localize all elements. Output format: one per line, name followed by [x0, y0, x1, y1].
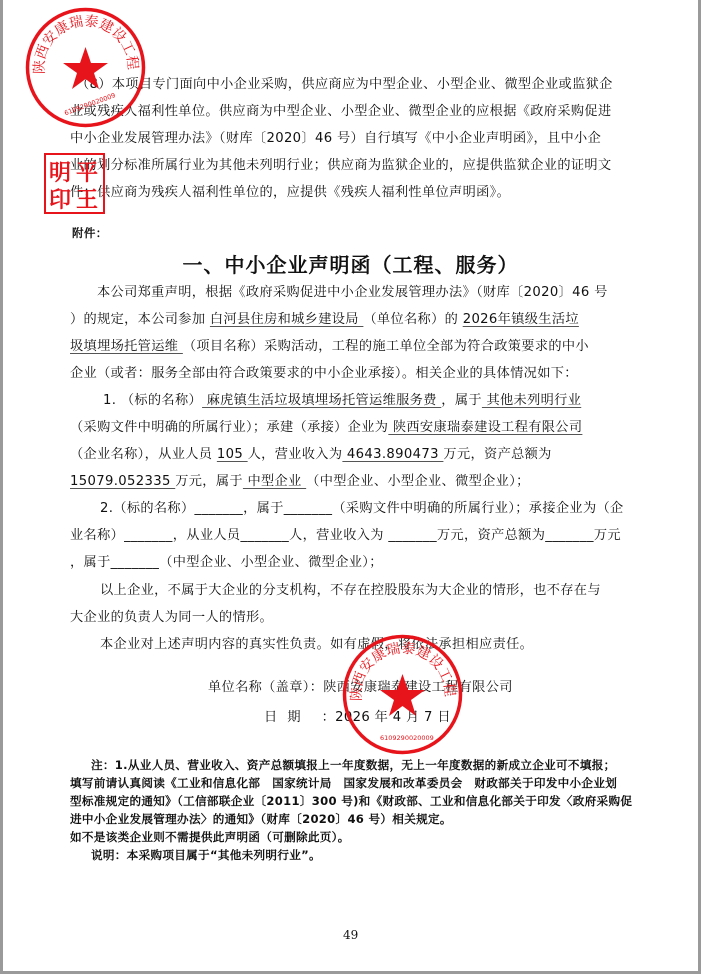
item1-line: （企业名称），从业人员 105 人，营业收入为 4643.890473 万元，资… [70, 447, 552, 463]
item2-line: ，属于_______（中型企业、小型企业、微型企业）； [70, 555, 383, 571]
unit-label: 单位名称（盖章）： [208, 680, 323, 695]
text: （项目名称）采购活动，工程的施工单位全部为符合政策要求的中小 [183, 339, 589, 354]
subject-name-field: 麻虎镇生活垃圾填埋场托管运维服务费 [202, 393, 441, 408]
text: 1. （标的名称） [103, 393, 202, 408]
signature-unit: 单位名称（盖章）：陕西安康瑞泰建设工程有限公司 [208, 680, 513, 696]
intro-line: 业的划分标准所属行业为其他未列明行业；供应商为监狱企业的，应提供监狱企业的证明文 [70, 158, 612, 174]
page-number: 49 [343, 928, 358, 942]
intro-line: 中小企业发展管理办法》（财库〔2020〕46 号）自行填写《中小企业声明函》，且… [70, 131, 601, 147]
note-line: 型标准规定的通知》（工信部联企业〔2011〕300 号)和《财政部、工业和信息化… [70, 793, 632, 809]
revenue-field: 4643.890473 [342, 447, 443, 462]
text: （单位名称）的 [363, 312, 462, 327]
item2-line: 2.（标的名称）_______，属于_______（采购文件中明确的所属行业）；… [100, 501, 624, 517]
intro-line: 业或残疾人福利性单位。供应商为中型企业、小型企业、微型企业的应根据《政府采购促进 [70, 104, 612, 120]
unit-name: 陕西安康瑞泰建设工程有限公司 [323, 680, 513, 695]
item1-line: （采购文件中明确的所属行业）；承建（承接）企业为 陕西安康瑞泰建设工程有限公司 [70, 420, 582, 436]
item1-line: 15079.052335 万元，属于 中型企业 （中型企业、小型企业、微型企业）… [70, 474, 530, 490]
assets-field: 15079.052335 [70, 474, 175, 489]
note-line: 填写前请认真阅读《工业和信息化部 国家统计局 国家发展和改革委员会 财政部关于印… [70, 775, 617, 791]
text: 万元，资产总额为 [443, 447, 551, 462]
svg-text:印: 印 [49, 187, 71, 213]
employees-field: 105 [217, 447, 248, 462]
text: （采购文件中明确的所属行业）；承建（承接）企业为 [70, 420, 388, 435]
industry-field: 其他未列明行业 [482, 393, 581, 408]
text: 万元，属于 [175, 474, 243, 489]
text: （企业名称），从业人员 [70, 447, 217, 462]
closing-line: 以上企业，不属于大企业的分支机构，不存在控股股东为大企业的情形，也不存在与 [100, 583, 601, 599]
note-line: 进中小企业发展管理办法〉的通知》（财库〔2020〕46 号）相关规定。 [70, 811, 452, 827]
svg-text:陕西安康瑞泰建设工程有限公司: 陕西安康瑞泰建设工程有限公司 [23, 5, 140, 74]
item1-line: 1. （标的名称） 麻虎镇生活垃圾填埋场托管运维服务费 ，属于 其他未列明行业 [103, 393, 581, 409]
item2-line: 业名称）_______，从业人员_______人，营业收入为 _______万元… [70, 528, 621, 544]
project-name-field-cont: 圾填埋场托管运维 [70, 339, 183, 354]
company-field: 陕西安康瑞泰建设工程有限公司 [388, 420, 582, 435]
svg-text:6109290020009: 6109290020009 [380, 734, 434, 742]
text: （中型企业、小型企业、微型企业）； [306, 474, 530, 489]
note-line: 说明：本采购项目属于“其他未列明行业”。 [91, 847, 321, 863]
note-line: 如不是该类企业则不需提供此声明函（可删除此页）。 [70, 829, 350, 845]
declaration-line: 本公司郑重声明，根据《政府采购促进中小企业发展管理办法》（财库〔2020〕46 … [97, 285, 608, 301]
page-title: 一、中小企业声明函（工程、服务） [3, 249, 698, 278]
svg-text:明: 明 [49, 160, 71, 186]
enterprise-size-field: 中型企业 [243, 474, 306, 489]
declaration-line: 企业（或者：服务全部由符合政策要求的中小企业承接）。相关企业的具体情况如下： [70, 366, 578, 382]
text: ）的规定，本公司参加 [70, 312, 210, 327]
purchaser-field: 白河县住房和城乡建设局 [210, 312, 363, 327]
declaration-line: 圾填埋场托管运维 （项目名称）采购活动，工程的施工单位全部为符合政策要求的中小 [70, 339, 589, 355]
date-value: ：2026 年 4 月 7 日 [322, 710, 451, 725]
signature-date: 日 期：2026 年 4 月 7 日 [264, 710, 451, 726]
text: ，属于 [441, 393, 482, 408]
closing-line: 本企业对上述声明内容的真实性负责。如有虚假，将依法承担相应责任。 [100, 637, 533, 653]
note-line: 注：1.从业人员、营业收入、资产总额填报上一年度数据，无上一年度数据的新成立企业… [91, 757, 616, 773]
intro-line: （8）本项目专门面向中小企业采购，供应商应为中型企业、小型企业、微型企业或监狱企 [76, 77, 613, 93]
text: 人，营业收入为 [248, 447, 343, 462]
project-name-field: 2026年镇级生活垃 [463, 312, 579, 327]
intro-line: 件；供应商为残疾人福利性单位的，应提供《残疾人福利性单位声明函》。 [70, 185, 510, 201]
document-page: （8）本项目专门面向中小企业采购，供应商应为中型企业、小型企业、微型企业或监狱企… [3, 0, 698, 971]
attachment-label: 附件： [72, 225, 108, 241]
date-label: 日 期 [264, 710, 304, 725]
declaration-line: ）的规定，本公司参加 白河县住房和城乡建设局 （单位名称）的 2026年镇级生活… [70, 312, 579, 328]
closing-line: 大企业的负责人为同一人的情形。 [70, 610, 273, 626]
